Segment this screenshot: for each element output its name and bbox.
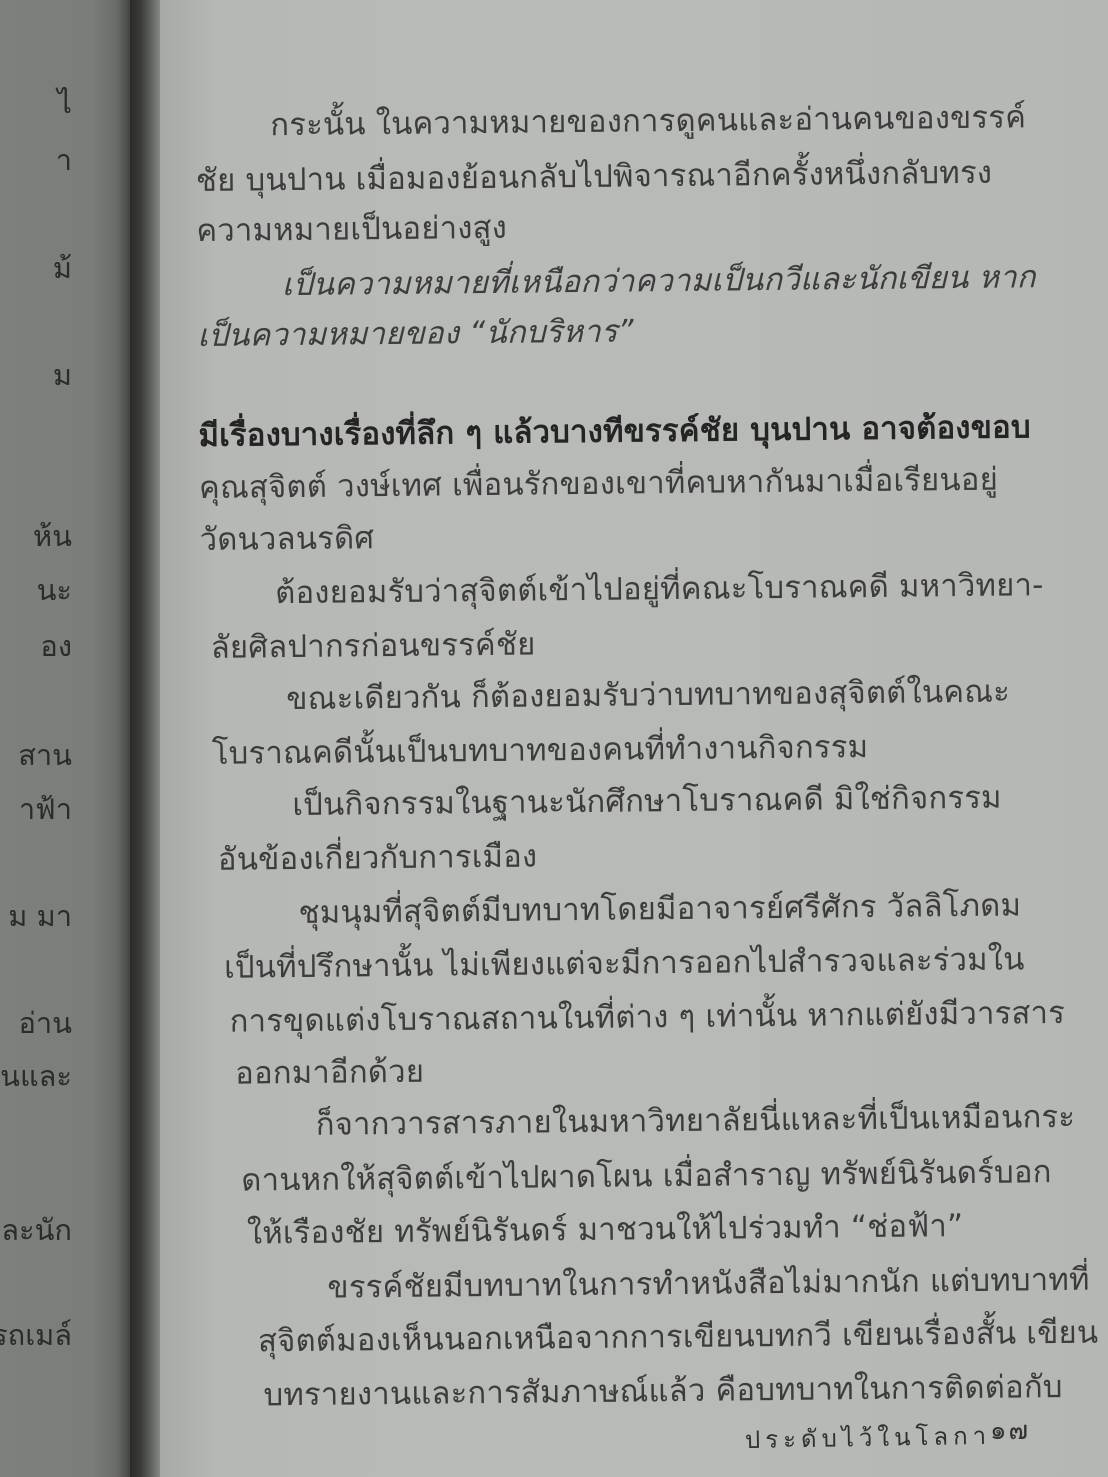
text-line: กระนั้น ในความหมายของการดูคนและอ่านคนของ… [270,91,1026,149]
section-lead-line: มีเรื่องบางเรื่องที่ลึก ๆ แล้วบางทีขรรค์… [198,401,1031,460]
left-page-text-fragment: าฟ้า [19,786,72,832]
left-page-text-fragment: ม [53,352,72,398]
text-line: ลัยศิลปากรก่อนขรรค์ชัย [210,618,535,671]
text-line: ก็จากวารสารภายในมหาวิทยาลัยนี่แหละที่เป็… [315,1091,1075,1149]
text-line: เป็นกิจกรรมในฐานะนักศึกษาโบราณคดี มิใช่ก… [292,772,1002,829]
text-line: การขุดแต่งโบราณสถานในที่ต่าง ๆ เท่านั้น … [229,987,1065,1046]
page-number: ๑๗ [990,1410,1030,1451]
left-page-text-fragment: ม้ [53,245,72,291]
text-line: ให้เรืองชัย ทรัพย์นิรันดร์ มาชวนให้ไปร่ว… [247,1200,964,1257]
text-line: ขณะเดียวกัน ก็ต้องยอมรับว่าบทบาทของสุจิต… [286,665,1010,723]
text-line: บทรายงานและการสัมภาษณ์แล้ว คือบทบาทในการ… [263,1361,1063,1419]
text-line: เป็นที่ปรึกษานั้น ไม่เพียงแต่จะมีการออกไ… [224,933,1025,991]
text-line: ต้องยอมรับว่าสุจิตต์เข้าไปอยู่ที่คณะโบรา… [275,559,1044,617]
left-page-text-fragment: ม มา [8,893,72,939]
left-page-text-fragment: อ่าน [18,1000,72,1046]
text-line: เป็นความหมายที่เหนือกว่าความเป็นกวีและนั… [282,251,1036,309]
text-line: เป็นความหมายของ “นักบริหาร” [197,305,634,360]
text-line: โบราณคดีนั้นเป็นบทบาทของคนที่ทำงานกิจกรร… [212,721,869,778]
running-title: ประดับไว้ในโลกา [745,1416,992,1459]
left-page-text-fragment: ห้น [33,513,72,559]
text-line: อันข้องเกี่ยวกับการเมือง [218,830,538,883]
left-page-text-fragment: า [56,137,72,183]
left-page-fragment: ไาม้มห้นนะองสานาฟ้าม มาอ่านนและละนักรถเม… [0,0,132,1477]
left-page-text-fragment: ละนัก [1,1207,72,1253]
left-page-text-fragment: นและ [0,1053,72,1099]
text-line: สุจิตต์มองเห็นนอกเหนือจากการเขียนบทกวี เ… [258,1307,1099,1366]
left-page-text-fragment: อง [40,623,72,669]
left-page-text-fragment: นะ [37,567,72,613]
left-page-text-fragment: สาน [18,732,72,778]
text-line: คุณสุจิตต์ วงษ์เทศ เพื่อนรักของเขาที่คบห… [199,454,998,512]
text-line: ออกมาอีกด้วย [235,1046,424,1098]
left-page-text-fragment: ไ [57,80,72,126]
text-line: ดานหกให้สุจิตต์เข้าไปผาดโผน เมื่อสำราญ ท… [241,1146,1052,1204]
text-line: ความหมายเป็นอย่างสูง [196,202,507,255]
text-line: ขรรค์ชัยมีบทบาทในการทำหนังสือไม่มากนัก แ… [327,1254,1090,1312]
text-line: วัดนวลนรดิศ [199,512,374,564]
text-line: ชัย บุนปาน เมื่อมองย้อนกลับไปพิจารณาอีกค… [196,147,993,205]
left-page-text-fragment: รถเมล์ [0,1312,72,1358]
text-line: ชุมนุมที่สุจิตต์มีบทบาทโดยมีอาจารย์ศรีศั… [298,879,1021,937]
